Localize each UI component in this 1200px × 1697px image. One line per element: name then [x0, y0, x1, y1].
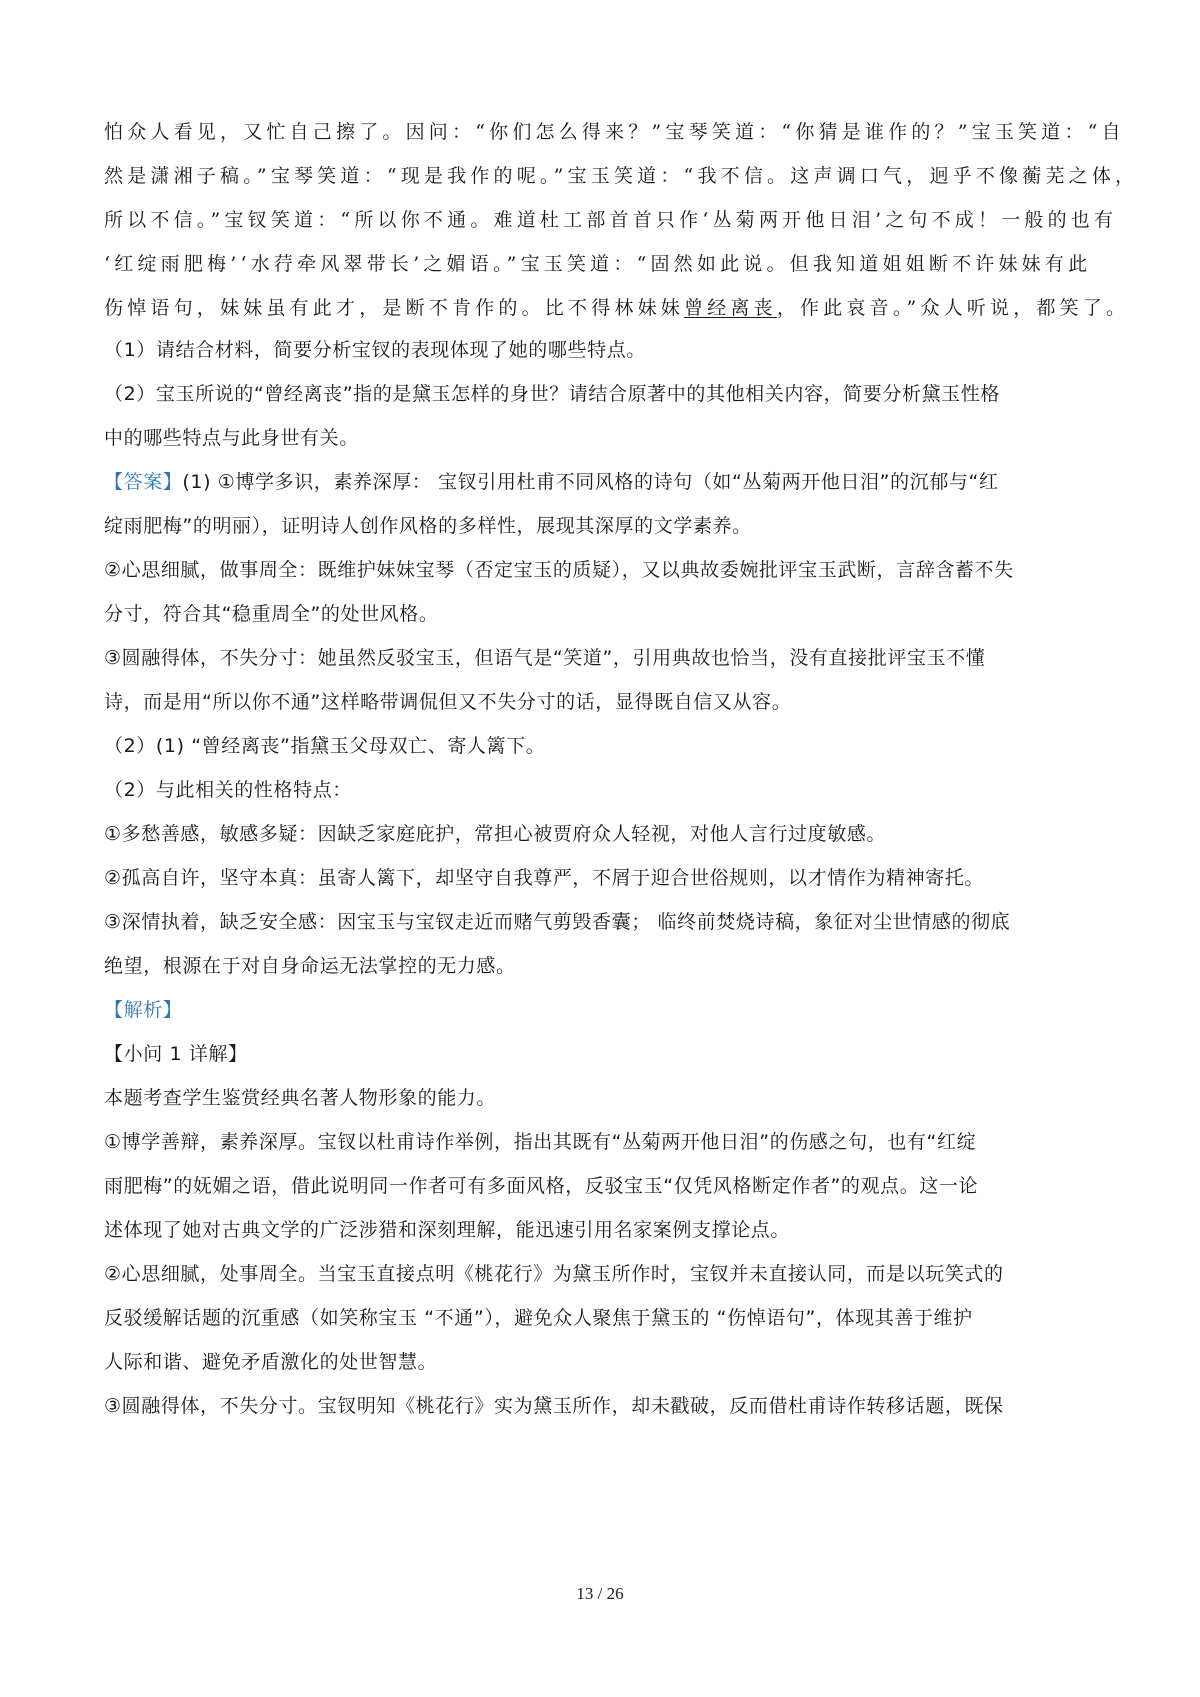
- analysis-line: ②心思细腻，处事周全。当宝玉直接点明《桃花行》为黛玉所作时，宝钗并未直接认同，而…: [104, 1262, 1004, 1286]
- document-page: 怕众人看见，又忙自己擦了。因问：“你们怎么得来？”宝琴笑道：“你猜是谁作的？”宝…: [0, 0, 1200, 1697]
- answer-line: （2）与此相关的性格特点：: [104, 778, 352, 802]
- underlined-phrase: 曾经离丧: [684, 297, 777, 319]
- analysis-line: 雨肥梅”的妩媚之语，借此说明同一作者可有多面风格，反驳宝玉“仅凭风格断定作者”的…: [104, 1174, 978, 1198]
- answer-line: 绝望，根源在于对自身命运无法掌控的无力感。: [104, 954, 516, 978]
- passage-line: 然是潇湘子稿。”宝琴笑道：“现是我作的呢。”宝玉笑道：“我不信。这声调口气，迥乎…: [104, 164, 1138, 188]
- question-2-cont: 中的哪些特点与此身世有关。: [104, 426, 359, 450]
- answer-line: 【答案】(1) ①博学多识，素养深厚： 宝钗引用杜甫不同风格的诗句（如“丛菊两开…: [104, 470, 999, 494]
- answer-line: 分寸，符合其“稳重周全”的处世风格。: [104, 602, 439, 626]
- analysis-line: 人际和谐、避免矛盾激化的处世智慧。: [104, 1350, 437, 1374]
- passage-line: 所以不信。”宝钗笑道：“所以你不通。难道杜工部首首只作‘丛菊两开他日泪’之句不成…: [104, 208, 1117, 232]
- answer-line: ②心思细腻，做事周全：既维护妹妹宝琴（否定宝玉的质疑），又以典故委婉批评宝玉武断…: [104, 558, 1014, 582]
- answer-line: （2）(1) “曾经离丧”指黛玉父母双亡、寄人篱下。: [104, 734, 545, 758]
- question-1: （1）请结合材料，简要分析宝钗的表现体现了她的哪些特点。: [104, 338, 646, 362]
- passage-line: ‘红绽雨肥梅’‘水荇牵风翠带长’之媚语。”宝玉笑道：“固然如此说。但我知道姐姐断…: [104, 252, 1091, 276]
- analysis-line: 反驳缓解话题的沉重感（如笑称宝玉 “不通”），避免众人聚焦于黛玉的 “伤悼语句”…: [104, 1306, 973, 1330]
- analysis-line: ①博学善辩，素养深厚。宝钗以杜甫诗作举例，指出其既有“丛菊两开他日泪”的伤感之句…: [104, 1130, 976, 1154]
- passage-line: 伤悼语句，妹妹虽有此才，是断不肯作的。比不得林妹妹曾经离丧，作此哀音。”众人听说…: [104, 296, 1129, 320]
- answer-text: (1) ①博学多识，素养深厚： 宝钗引用杜甫不同风格的诗句（如“丛菊两开他日泪”…: [182, 471, 998, 493]
- answer-line: 诗，而是用“所以你不通”这样略带调侃但又不失分寸的话，显得既自信又从容。: [104, 690, 791, 714]
- answer-line: ③圆融得体，不失分寸：她虽然反驳宝玉，但语气是“笑道”，引用典故也恰当，没有直接…: [104, 646, 985, 670]
- analysis-line: 述体现了她对古典文学的广泛涉猎和深刻理解，能迅速引用名家案例支撑论点。: [104, 1218, 790, 1242]
- page-number: 13 / 26: [0, 1584, 1200, 1604]
- analysis-line: 本题考查学生鉴赏经典名著人物形象的能力。: [104, 1086, 496, 1110]
- passage-text: ，作此哀音。”众人听说，都笑了。: [777, 297, 1129, 319]
- question-2: （2）宝玉所说的“曾经离丧”指的是黛玉怎样的身世？请结合原著中的其他相关内容，简…: [104, 382, 1000, 406]
- passage-text: 伤悼语句，妹妹虽有此才，是断不肯作的。比不得林妹妹: [104, 297, 684, 319]
- answer-line: ①多愁善感，敏感多疑：因缺乏家庭庇护，常担心被贾府众人轻视，对他人言行过度敏感。: [104, 822, 886, 846]
- analysis-subheading: 【小问 1 详解】: [104, 1042, 248, 1066]
- answer-line: ②孤高自许，坚守本真：虽寄人篱下，却坚守自我尊严，不屑于迎合世俗规则，以才情作为…: [104, 866, 984, 890]
- analysis-label: 【解析】: [104, 998, 182, 1022]
- passage-line: 怕众人看见，又忙自己擦了。因问：“你们怎么得来？”宝琴笑道：“你猜是谁作的？”宝…: [104, 120, 1125, 144]
- answer-line: 绽雨肥梅”的明丽），证明诗人创作风格的多样性，展现其深厚的文学素养。: [104, 514, 752, 538]
- answer-label: 【答案】: [104, 471, 182, 493]
- answer-line: ③深情执着，缺乏安全感：因宝玉与宝钗走近而赌气剪毁香囊； 临终前焚烧诗稿，象征对…: [104, 910, 1010, 934]
- analysis-line: ③圆融得体，不失分寸。宝钗明知《桃花行》实为黛玉所作，却未戳破，反而借杜甫诗作转…: [104, 1394, 1004, 1418]
